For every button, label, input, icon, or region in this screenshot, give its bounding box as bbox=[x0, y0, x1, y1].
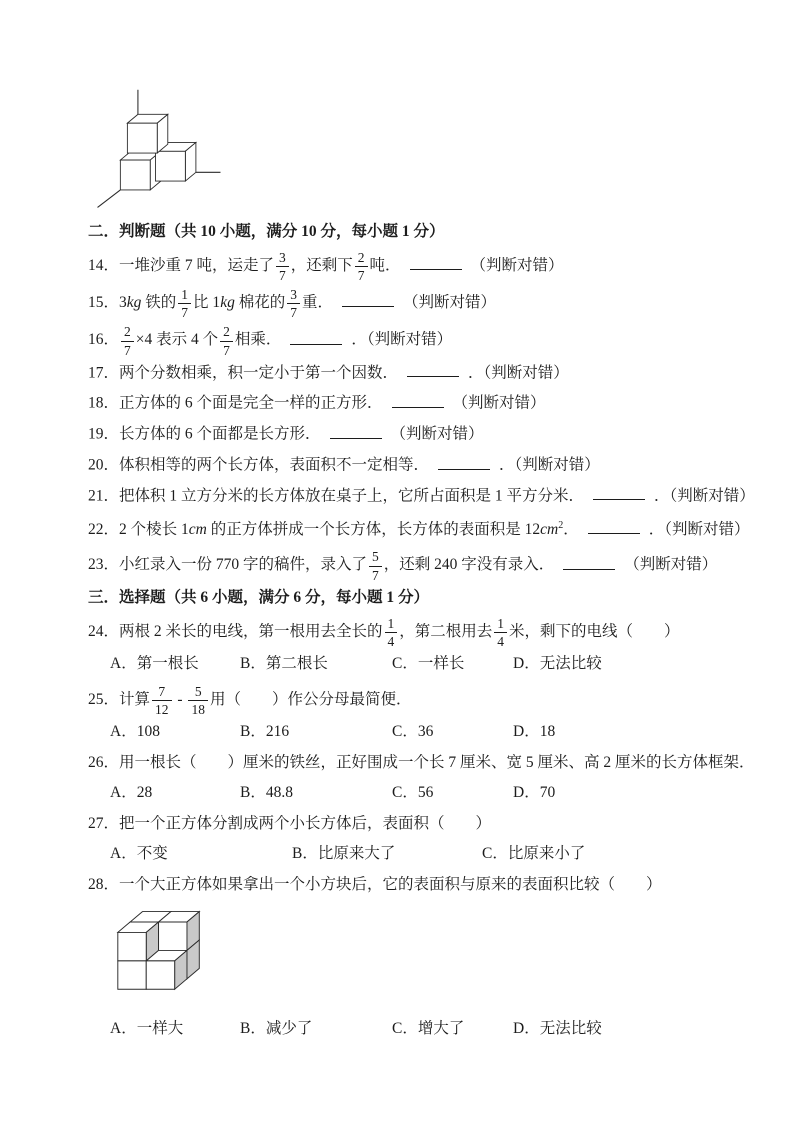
bottom-left-cube bbox=[120, 151, 160, 190]
question-line: 15．3kg 铁的17比 1kg 棉花的37重．（判断对错） bbox=[88, 287, 763, 320]
fraction: 37 bbox=[287, 287, 300, 320]
fraction-numerator: 5 bbox=[369, 549, 382, 566]
text-run: 15．3 bbox=[88, 294, 127, 311]
question-line: 17．两个分数相乘，积一定小于第一个因数．．（判断对错） bbox=[88, 362, 763, 384]
math-variable: kg bbox=[127, 294, 142, 311]
fraction-numerator: 2 bbox=[220, 324, 233, 341]
option: D．18 bbox=[513, 721, 555, 742]
answer-blank bbox=[593, 485, 645, 501]
answer-blank bbox=[588, 519, 640, 535]
text-run: 25．计算 bbox=[88, 691, 150, 708]
question-line: 19．长方体的 6 个面都是长方形．（判断对错） bbox=[88, 423, 763, 445]
fraction-denominator: 7 bbox=[220, 342, 233, 358]
fraction-numerator: 2 bbox=[355, 250, 368, 267]
text-run: ，还剩 240 字没有录入． bbox=[384, 557, 555, 574]
fraction: 27 bbox=[355, 250, 368, 283]
fraction: 27 bbox=[220, 324, 233, 357]
text-run: ．（判断对错） bbox=[654, 487, 755, 504]
fraction-denominator: 18 bbox=[188, 701, 208, 717]
fraction: 14 bbox=[494, 616, 507, 649]
question-line: 23．小红录入一份 770 字的稿件，录入了57，还剩 240 字没有录入．（判… bbox=[88, 549, 763, 582]
text-run: 17．两个分数相乘，积一定小于第一个因数． bbox=[88, 364, 398, 381]
fraction: 27 bbox=[121, 324, 134, 357]
math-variable: cm bbox=[189, 521, 207, 538]
math-variable: kg bbox=[220, 294, 235, 311]
fraction-denominator: 7 bbox=[178, 304, 191, 320]
option: B．216 bbox=[240, 721, 392, 742]
text-run: ． bbox=[563, 521, 579, 538]
fraction-numerator: 2 bbox=[121, 324, 134, 341]
answer-blank bbox=[438, 454, 490, 470]
text-run: 棉花的 bbox=[235, 294, 285, 311]
question-line: 24．两根 2 米长的电线，第一根用去全长的14，第二根用去14米，剩下的电线（… bbox=[88, 616, 763, 649]
answer-blank bbox=[330, 423, 382, 439]
option: C．增大了 bbox=[392, 1018, 513, 1039]
text-run: 吨． bbox=[370, 257, 401, 274]
option: A．一样大 bbox=[110, 1018, 240, 1039]
question-line: 18．正方体的 6 个面是完全一样的正方形．（判断对错） bbox=[88, 392, 763, 414]
option: B．减少了 bbox=[240, 1018, 392, 1039]
question-line: 26．用一根长（ ）厘米的铁丝，正好围成一个长 7 厘米、宽 5 厘米、高 2 … bbox=[88, 752, 763, 773]
question-line: 21．把体积 1 立方分米的长方体放在桌子上，它所占面积是 1 平方分米．．（判… bbox=[88, 485, 763, 507]
text-run: 20．体积相等的两个长方体，表面积不一定相等． bbox=[88, 457, 429, 474]
fraction: 57 bbox=[369, 549, 382, 582]
text-run: 比 1 bbox=[193, 294, 220, 311]
text-run: 18．正方体的 6 个面是完全一样的正方形． bbox=[88, 395, 383, 412]
text-run: （判断对错） bbox=[624, 557, 717, 574]
option: C．36 bbox=[392, 721, 513, 742]
text-run: （判断对错） bbox=[403, 294, 496, 311]
text-run: 的正方体拼成一个长方体，长方体的表面积是 12 bbox=[207, 521, 540, 538]
options-row: A．28B．48.8C．56D．70 bbox=[88, 782, 763, 803]
option: A．不变 bbox=[110, 843, 292, 864]
fraction: 518 bbox=[188, 684, 208, 717]
text-run: 28．一个大正方体如果拿出一个小方块后，它的表面积与原来的表面积比较（ ） bbox=[88, 876, 662, 893]
section-2-questions: 14．一堆沙重 7 吨，运走了37，还剩下27吨．（判断对错）15．3kg 铁的… bbox=[88, 250, 763, 583]
fraction-numerator: 5 bbox=[188, 684, 208, 701]
fraction: 712 bbox=[152, 684, 172, 717]
text-run: 23．小红录入一份 770 字的稿件，录入了 bbox=[88, 557, 367, 574]
top-cube bbox=[127, 114, 167, 153]
option: B．48.8 bbox=[240, 782, 392, 803]
text-run: ，还剩下 bbox=[291, 257, 353, 274]
text-run: ．（判断对错） bbox=[499, 457, 600, 474]
answer-blank bbox=[342, 292, 394, 308]
question-line: 20．体积相等的两个长方体，表面积不一定相等．．（判断对错） bbox=[88, 454, 763, 476]
fraction: 14 bbox=[385, 616, 398, 649]
text-run: 用（ ）作公分母最简便． bbox=[210, 691, 412, 708]
fraction-denominator: 4 bbox=[494, 633, 507, 649]
options-row: A．不变B．比原来大了C．比原来小了 bbox=[88, 843, 763, 864]
text-run: 22．2 个棱长 1 bbox=[88, 521, 189, 538]
text-run: 相乘． bbox=[235, 332, 282, 349]
text-run: 21．把体积 1 立方分米的长方体放在桌子上，它所占面积是 1 平方分米． bbox=[88, 487, 584, 504]
question-line: 28．一个大正方体如果拿出一个小方块后，它的表面积与原来的表面积比较（ ） bbox=[88, 874, 763, 895]
option: C．比原来小了 bbox=[482, 843, 585, 864]
section-2-title: 二．判断题（共 10 小题，满分 10 分，每小题 1 分） bbox=[88, 221, 763, 242]
text-run: 重． bbox=[302, 294, 333, 311]
fraction-denominator: 12 bbox=[152, 701, 172, 717]
text-run: ．（判断对错） bbox=[649, 521, 750, 538]
fraction-numerator: 3 bbox=[276, 250, 289, 267]
corner-cubes-figure-wrapper bbox=[94, 88, 763, 217]
fraction-denominator: 7 bbox=[121, 342, 134, 358]
option: A．第一根长 bbox=[110, 653, 240, 674]
math-variable: cm bbox=[540, 521, 558, 538]
fraction-numerator: 7 bbox=[152, 684, 172, 701]
option: C．56 bbox=[392, 782, 513, 803]
text-run: - bbox=[174, 691, 187, 708]
answer-blank bbox=[563, 554, 615, 570]
cube-block-missing-unit-figure bbox=[112, 904, 207, 994]
fraction: 17 bbox=[178, 287, 191, 320]
answer-blank bbox=[410, 254, 462, 270]
text-run: 27．把一个正方体分割成两个小长方体后，表面积（ ） bbox=[88, 815, 491, 832]
options-row: A．108B．216C．36D．18 bbox=[88, 721, 763, 742]
options-row: A．一样大B．减少了C．增大了D．无法比较 bbox=[88, 1018, 763, 1039]
text-run: 24．两根 2 米长的电线，第一根用去全长的 bbox=[88, 623, 383, 640]
fraction-numerator: 1 bbox=[494, 616, 507, 633]
text-run: 26．用一根长（ ）厘米的铁丝，正好围成一个长 7 厘米、宽 5 厘米、高 2 … bbox=[88, 754, 755, 771]
question-line: 16．27×4 表示 4 个27相乘．．（判断对错） bbox=[88, 324, 763, 357]
text-run: 14．一堆沙重 7 吨，运走了 bbox=[88, 257, 274, 274]
answer-blank bbox=[290, 329, 342, 345]
option: A．28 bbox=[110, 782, 240, 803]
option: A．108 bbox=[110, 721, 240, 742]
text-run: ．（判断对错） bbox=[351, 332, 452, 349]
text-run: （判断对错） bbox=[453, 395, 546, 412]
question-line: 27．把一个正方体分割成两个小长方体后，表面积（ ） bbox=[88, 813, 763, 834]
text-run: 16． bbox=[88, 332, 119, 349]
fraction-numerator: 1 bbox=[385, 616, 398, 633]
options-row: A．第一根长B．第二根长C．一样长D．无法比较 bbox=[88, 653, 763, 674]
fraction-denominator: 7 bbox=[369, 567, 382, 583]
cube-block-figure-wrapper bbox=[112, 904, 763, 1000]
fraction-denominator: 4 bbox=[385, 633, 398, 649]
question-line: 14．一堆沙重 7 吨，运走了37，还剩下27吨．（判断对错） bbox=[88, 250, 763, 283]
three-cubes-corner-figure bbox=[94, 88, 224, 211]
fraction-numerator: 1 bbox=[178, 287, 191, 304]
option: D．无法比较 bbox=[513, 1018, 602, 1039]
option: D．70 bbox=[513, 782, 555, 803]
option: B．第二根长 bbox=[240, 653, 392, 674]
exam-page: 二．判断题（共 10 小题，满分 10 分，每小题 1 分） 14．一堆沙重 7… bbox=[0, 0, 793, 1122]
text-run: 米，剩下的电线（ ） bbox=[509, 623, 680, 640]
option: D．无法比较 bbox=[513, 653, 602, 674]
text-run: 铁的 bbox=[141, 294, 176, 311]
section-3-questions: 24．两根 2 米长的电线，第一根用去全长的14，第二根用去14米，剩下的电线（… bbox=[88, 616, 763, 1039]
fraction-denominator: 7 bbox=[287, 304, 300, 320]
fraction-denominator: 7 bbox=[276, 267, 289, 283]
fraction-denominator: 7 bbox=[355, 267, 368, 283]
question-line: 22．2 个棱长 1cm 的正方体拼成一个长方体，长方体的表面积是 12cm2．… bbox=[88, 515, 763, 540]
option: B．比原来大了 bbox=[292, 843, 482, 864]
fraction-numerator: 3 bbox=[287, 287, 300, 304]
option: C．一样长 bbox=[392, 653, 513, 674]
text-run: ，第二根用去 bbox=[399, 623, 492, 640]
text-run: 19．长方体的 6 个面都是长方形． bbox=[88, 426, 321, 443]
question-line: 25．计算712 - 518用（ ）作公分母最简便． bbox=[88, 684, 763, 717]
answer-blank bbox=[407, 362, 459, 378]
answer-blank bbox=[392, 392, 444, 408]
text-run: （判断对错） bbox=[471, 257, 564, 274]
text-run: （判断对错） bbox=[391, 426, 484, 443]
text-run: ×4 表示 4 个 bbox=[136, 332, 218, 349]
fraction: 37 bbox=[276, 250, 289, 283]
text-run: ．（判断对错） bbox=[468, 364, 569, 381]
section-3-title: 三．选择题（共 6 小题，满分 6 分，每小题 1 分） bbox=[88, 587, 763, 608]
